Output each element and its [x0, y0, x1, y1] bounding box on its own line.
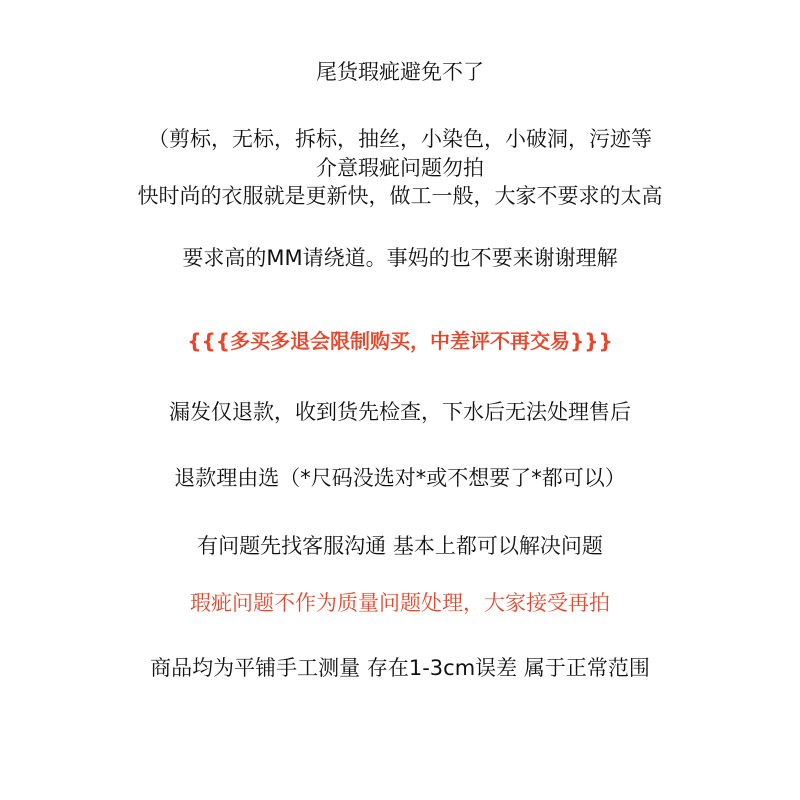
notice-high-demand: 要求高的MM请绕道。事妈的也不要来谢谢理解 — [0, 244, 800, 272]
notice-refund-reason: 退款理由选（*尺码没选对*或不想要了*都可以） — [0, 464, 800, 492]
notice-refund-policy: 漏发仅退款，收到货先检查，下水后无法处理售后 — [0, 398, 800, 426]
notice-flaw-not-quality: 瑕疵问题不作为质量问题处理，大家接受再拍 — [0, 589, 800, 617]
notice-flaw-types: （剪标，无标，拆标，抽丝，小染色，小破洞，污迹等 — [0, 125, 800, 153]
notice-heading-flaws: 尾货瑕疵避免不了 — [0, 58, 800, 86]
notice-fast-fashion: 快时尚的衣服就是更新快，做工一般，大家不要求的太高 — [0, 182, 800, 210]
notice-return-warning: {{{多买多退会限制购买，中差评不再交易}}} — [0, 327, 800, 355]
notice-contact-service: 有问题先找客服沟通 基本上都可以解决问题 — [0, 532, 800, 560]
notice-measurement: 商品均为平铺手工测量 存在1-3cm误差 属于正常范围 — [0, 654, 800, 682]
notice-no-flaw-buyers: 介意瑕疵问题勿拍 — [0, 154, 800, 182]
